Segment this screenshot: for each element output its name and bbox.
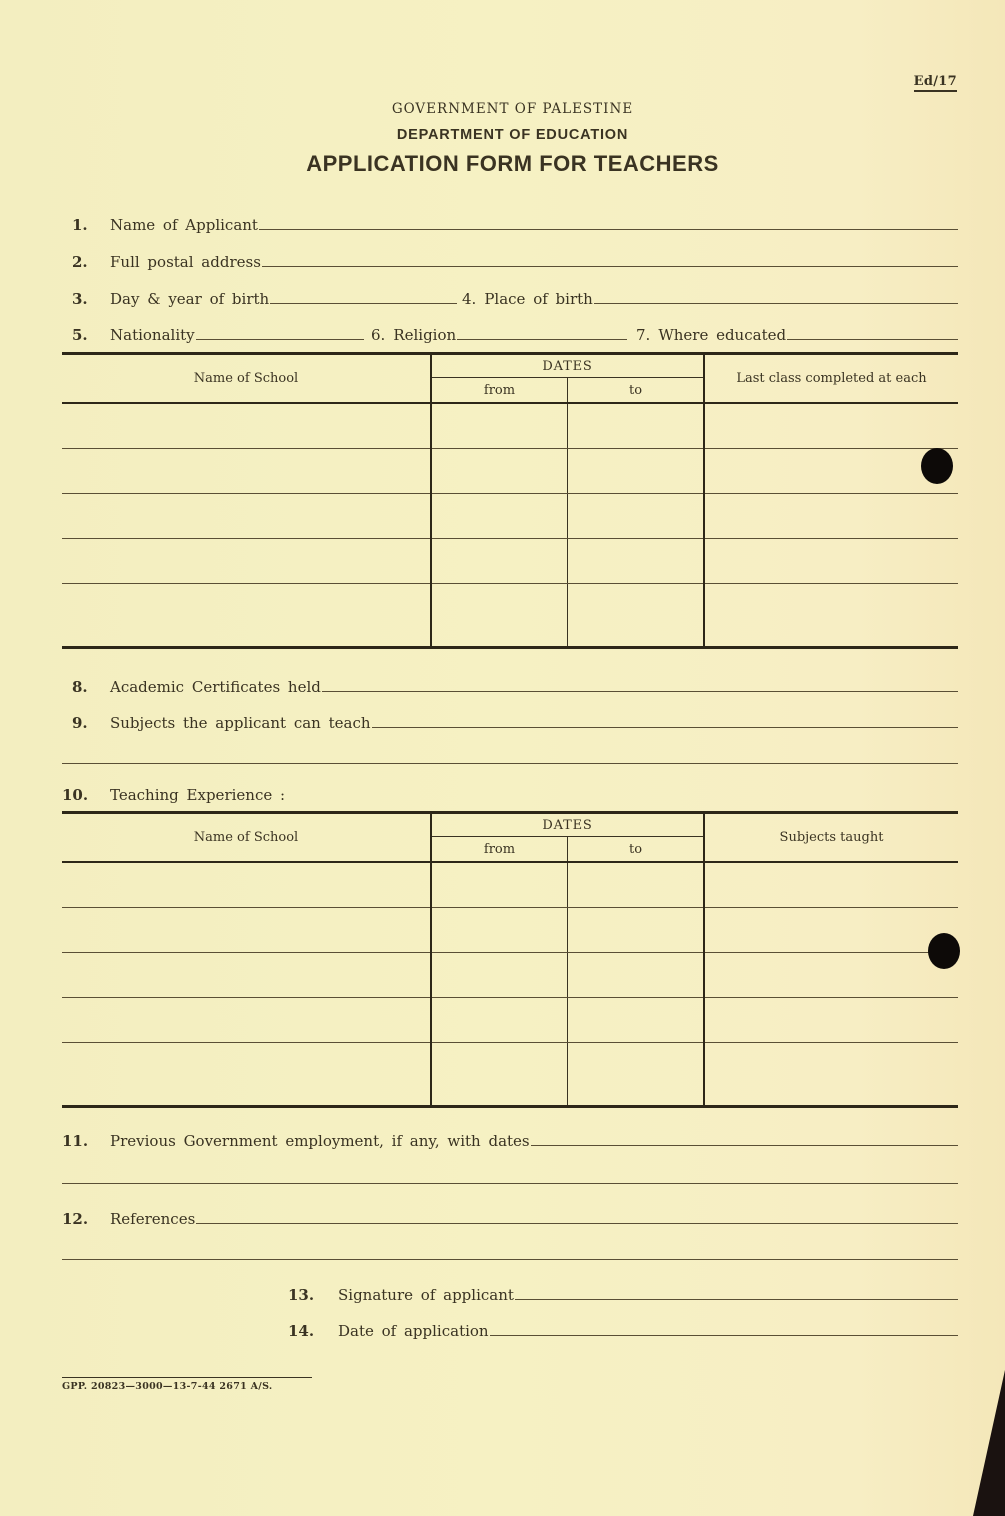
last-class-cell[interactable] xyxy=(704,539,958,584)
field-label: Name of Applicant xyxy=(110,216,258,234)
field-number: 2. xyxy=(72,253,110,271)
col-header-dates: DATES xyxy=(431,813,704,837)
field-name-of-applicant[interactable]: 1. Name of Applicant xyxy=(72,212,958,234)
field-postal-address[interactable]: 2. Full postal address xyxy=(72,249,958,271)
field-number: 8. xyxy=(72,678,110,696)
field-number: 6. xyxy=(371,326,385,344)
field-number: 11. xyxy=(62,1132,110,1150)
last-class-cell[interactable] xyxy=(704,494,958,539)
date-from-cell[interactable] xyxy=(431,539,568,584)
field-number: 14. xyxy=(288,1322,338,1340)
field-number: 1. xyxy=(72,216,110,234)
field-label: Previous Government employment, if any, … xyxy=(110,1132,530,1150)
date-from-cell[interactable] xyxy=(431,403,568,449)
field-label: Religion xyxy=(393,326,456,344)
table-row xyxy=(62,908,958,953)
signature-input[interactable] xyxy=(515,1298,958,1300)
school-name-cell[interactable] xyxy=(62,494,431,539)
previous-employment-input[interactable] xyxy=(531,1144,958,1146)
field-number: 9. xyxy=(72,714,110,732)
subjects-taught-cell[interactable] xyxy=(704,862,958,908)
col-header-name-of-school: Name of School xyxy=(62,813,431,863)
field-label: Nationality xyxy=(110,326,195,344)
school-name-cell[interactable] xyxy=(62,403,431,449)
printer-imprint: GPP. 20823—3000—13-7-44 2671 A/S. xyxy=(62,1377,312,1392)
date-to-cell[interactable] xyxy=(568,862,705,908)
col-header-to: to xyxy=(568,837,705,863)
school-name-cell[interactable] xyxy=(62,998,431,1043)
col-header-name-of-school: Name of School xyxy=(62,354,431,404)
date-to-cell[interactable] xyxy=(568,539,705,584)
date-from-cell[interactable] xyxy=(431,953,568,998)
date-to-cell[interactable] xyxy=(568,1043,705,1107)
field-nationality[interactable]: 5. Nationality xyxy=(72,322,364,344)
birth-date-input[interactable] xyxy=(270,302,457,304)
col-header-to: to xyxy=(568,378,705,404)
table-row xyxy=(62,403,958,449)
date-to-cell[interactable] xyxy=(568,449,705,494)
last-class-cell[interactable] xyxy=(704,403,958,449)
field-religion[interactable]: 6. Religion xyxy=(371,322,627,344)
school-name-cell[interactable] xyxy=(62,1043,431,1107)
field-label: Where educated xyxy=(658,326,786,344)
school-name-cell[interactable] xyxy=(62,584,431,648)
col-header-from: from xyxy=(431,378,568,404)
field-subjects-can-teach[interactable]: 9. Subjects the applicant can teach xyxy=(72,710,958,732)
school-name-cell[interactable] xyxy=(62,539,431,584)
continuation-line[interactable] xyxy=(62,1183,958,1184)
punch-hole xyxy=(928,933,960,969)
field-number: 4. xyxy=(462,290,476,308)
col-header-from: from xyxy=(431,837,568,863)
school-name-cell[interactable] xyxy=(62,908,431,953)
table-row xyxy=(62,1043,958,1107)
continuation-line[interactable] xyxy=(62,763,958,764)
field-label: Place of birth xyxy=(484,290,593,308)
experience-table: Name of School DATES Subjects taught fro… xyxy=(62,811,958,1108)
name-of-applicant-input[interactable] xyxy=(259,228,958,230)
school-name-cell[interactable] xyxy=(62,862,431,908)
date-to-cell[interactable] xyxy=(568,494,705,539)
school-name-cell[interactable] xyxy=(62,449,431,494)
form-title: APPLICATION FORM FOR TEACHERS xyxy=(0,151,1005,177)
field-label: Subjects the applicant can teach xyxy=(110,714,371,732)
field-label: Academic Certificates held xyxy=(110,678,321,696)
continuation-line[interactable] xyxy=(62,1259,958,1260)
subjects-taught-cell[interactable] xyxy=(704,998,958,1043)
punch-hole xyxy=(921,448,953,484)
date-from-cell[interactable] xyxy=(431,862,568,908)
nationality-input[interactable] xyxy=(196,338,364,340)
section-teaching-experience: 10. Teaching Experience : xyxy=(62,782,462,804)
field-label: Day & year of birth xyxy=(110,290,269,308)
date-from-cell[interactable] xyxy=(431,449,568,494)
col-header-last-class: Last class completed at each xyxy=(704,354,958,404)
last-class-cell[interactable] xyxy=(704,584,958,648)
table-row xyxy=(62,998,958,1043)
table-row xyxy=(62,953,958,998)
place-of-birth-input[interactable] xyxy=(594,302,958,304)
col-header-dates: DATES xyxy=(431,354,704,378)
field-number: 13. xyxy=(288,1286,338,1304)
field-references[interactable]: 12. References xyxy=(62,1206,958,1228)
date-from-cell[interactable] xyxy=(431,998,568,1043)
religion-input[interactable] xyxy=(457,338,627,340)
subjects-taught-cell[interactable] xyxy=(704,953,958,998)
form-number: Ed/17 xyxy=(914,74,957,92)
field-previous-government-employment[interactable]: 11. Previous Government employment, if a… xyxy=(62,1128,958,1150)
field-number: 12. xyxy=(62,1210,110,1228)
references-input[interactable] xyxy=(196,1222,958,1224)
postal-address-input[interactable] xyxy=(262,265,958,267)
field-number: 5. xyxy=(72,326,110,344)
field-label: Date of application xyxy=(338,1322,489,1340)
field-signature[interactable]: 13. Signature of applicant xyxy=(288,1282,958,1304)
government-heading: GOVERNMENT OF PALESTINE xyxy=(0,101,1005,117)
department-heading: DEPARTMENT OF EDUCATION xyxy=(0,127,1005,143)
table-row xyxy=(62,449,958,494)
subjects-taught-cell[interactable] xyxy=(704,908,958,953)
col-header-subjects-taught: Subjects taught xyxy=(704,813,958,863)
field-label: Full postal address xyxy=(110,253,261,271)
date-from-cell[interactable] xyxy=(431,494,568,539)
section-label: Teaching Experience : xyxy=(110,786,285,804)
field-date-of-application[interactable]: 14. Date of application xyxy=(288,1318,958,1340)
table-row xyxy=(62,494,958,539)
education-table: Name of School DATES Last class complete… xyxy=(62,352,958,649)
subjects-can-teach-input[interactable] xyxy=(372,726,958,728)
academic-certificates-input[interactable] xyxy=(322,690,958,692)
field-where-educated[interactable]: 7. Where educated xyxy=(636,322,958,344)
date-from-cell[interactable] xyxy=(431,1043,568,1107)
where-educated-input[interactable] xyxy=(787,338,958,340)
date-of-application-input[interactable] xyxy=(490,1334,958,1336)
field-number: 7. xyxy=(636,326,650,344)
field-academic-certificates[interactable]: 8. Academic Certificates held xyxy=(72,674,958,696)
field-label: References xyxy=(110,1210,195,1228)
field-place-of-birth[interactable]: 4. Place of birth xyxy=(462,286,958,308)
table-row xyxy=(62,539,958,584)
school-name-cell[interactable] xyxy=(62,953,431,998)
date-to-cell[interactable] xyxy=(568,998,705,1043)
date-from-cell[interactable] xyxy=(431,584,568,648)
field-number: 10. xyxy=(62,786,110,804)
subjects-taught-cell[interactable] xyxy=(704,1043,958,1107)
date-to-cell[interactable] xyxy=(568,953,705,998)
last-class-cell[interactable] xyxy=(704,449,958,494)
date-from-cell[interactable] xyxy=(431,908,568,953)
field-day-year-of-birth[interactable]: 3. Day & year of birth xyxy=(72,286,457,308)
date-to-cell[interactable] xyxy=(568,403,705,449)
table-row xyxy=(62,584,958,648)
date-to-cell[interactable] xyxy=(568,908,705,953)
field-label: Signature of applicant xyxy=(338,1286,514,1304)
field-number: 3. xyxy=(72,290,110,308)
table-row xyxy=(62,862,958,908)
date-to-cell[interactable] xyxy=(568,584,705,648)
